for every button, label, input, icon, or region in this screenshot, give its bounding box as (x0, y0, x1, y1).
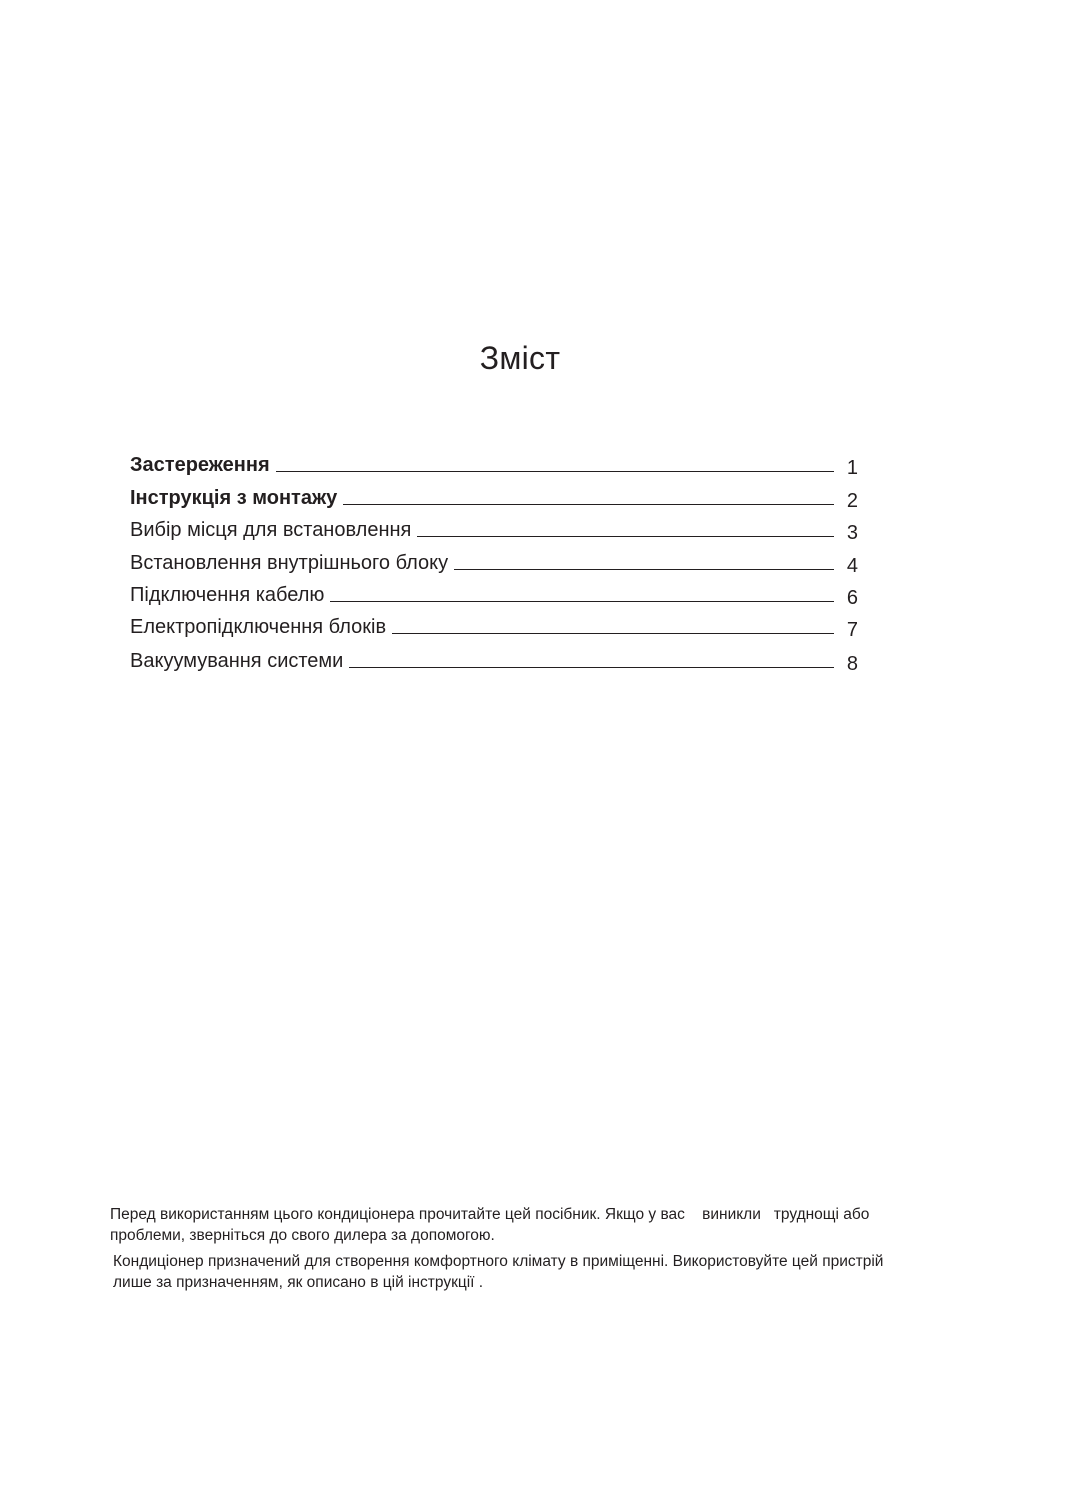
note-read-manual: Перед використанням цього кондиціонера п… (110, 1204, 990, 1246)
toc-entry-label: Вибір місця для встановлення (130, 517, 417, 543)
toc-entry-page: 1 (847, 455, 858, 481)
toc-entry-label: Інструкція з монтажу (130, 485, 343, 511)
toc-entry[interactable]: Вибір місця для встановлення 3 (130, 517, 870, 547)
toc-entry-page: 3 (847, 520, 858, 546)
toc-entry-page: 4 (847, 553, 858, 579)
toc-entry[interactable]: Застереження 1 (130, 452, 870, 482)
toc-entry-label: Встановлення внутрішнього блоку (130, 550, 454, 576)
toc-entry[interactable]: Інструкція з монтажу 2 (130, 485, 870, 515)
toc-entry-page: 6 (847, 585, 858, 611)
toc-entry-page: 8 (847, 651, 858, 677)
toc-entry-page: 2 (847, 488, 858, 514)
toc-entry[interactable]: Вакуумування системи 8 (130, 648, 870, 678)
toc-entry[interactable]: Встановлення внутрішнього блоку 4 (130, 550, 870, 580)
toc-entry-label: Підключення кабелю (130, 582, 330, 608)
toc-entry[interactable]: Електропідключення блоків 7 (130, 614, 870, 644)
notes-section: Перед використанням цього кондиціонера п… (110, 1204, 990, 1298)
page-title: Зміст (0, 340, 1040, 377)
toc-entry[interactable]: Підключення кабелю 6 (130, 582, 870, 612)
note-intended-use: Кондиціонер призначений для створення ко… (113, 1251, 990, 1293)
note-line: лише за призначенням, як описано в цій і… (113, 1274, 483, 1291)
note-line: Перед використанням цього кондиціонера п… (110, 1206, 869, 1223)
toc-entry-label: Вакуумування системи (130, 648, 349, 674)
note-line: проблеми, зверніться до свого дилера за … (110, 1227, 495, 1244)
toc-entry-page: 7 (847, 617, 858, 643)
toc-entry-label: Застереження (130, 452, 276, 478)
note-line: Кондиціонер призначений для створення ко… (113, 1253, 883, 1270)
toc-entry-label: Електропідключення блоків (130, 614, 392, 640)
